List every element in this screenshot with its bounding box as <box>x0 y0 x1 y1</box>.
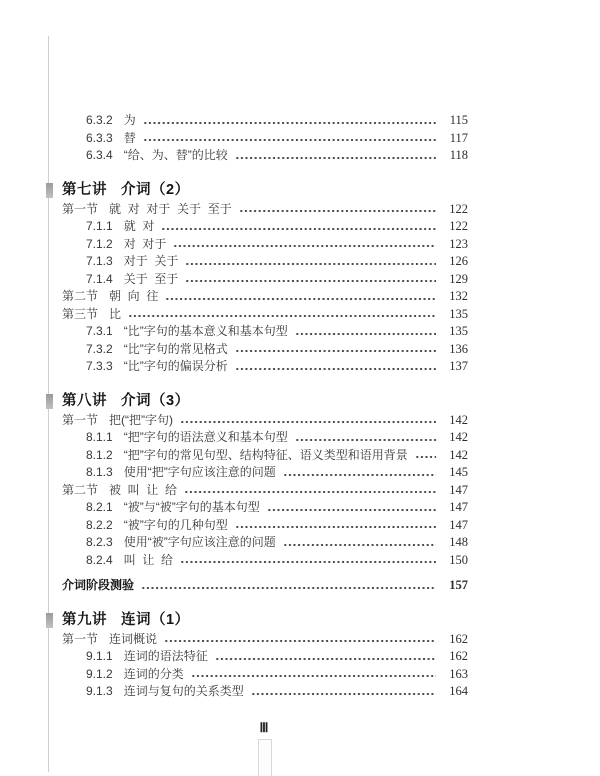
entry-title: 比 <box>109 306 121 324</box>
dot-leader <box>141 585 436 591</box>
toc-entry[interactable]: 第八讲 介词（3） <box>62 390 468 412</box>
entry-number: 7.1.4 <box>86 271 113 289</box>
dot-leader <box>239 208 436 214</box>
entry-number: 6.3.2 <box>86 112 113 130</box>
entry-number: 7.1.1 <box>86 218 113 236</box>
toc-entry[interactable]: 8.2.4 叫 让 给 150 <box>62 552 468 570</box>
toc-entry[interactable]: 7.1.4 关于 至于 129 <box>62 271 468 289</box>
entry-title: 连词概说 <box>109 631 157 649</box>
entry-number: 8.1.1 <box>86 429 113 447</box>
dot-leader <box>161 226 436 232</box>
entry-title: 介词阶段测验 <box>62 577 134 595</box>
entry-title: “比”字句的基本意义和基本句型 <box>124 323 288 341</box>
toc-entry[interactable]: 8.2.2 “被”字句的几种句型 147 <box>62 517 468 535</box>
dot-leader <box>215 656 436 662</box>
toc-entry[interactable]: 8.1.1 “把”字句的语法意义和基本句型 142 <box>62 429 468 447</box>
dot-leader <box>143 120 436 126</box>
entry-page-number: 122 <box>442 201 468 219</box>
toc-entry[interactable]: 7.3.2 “比”字句的常见格式 136 <box>62 341 468 359</box>
dot-leader <box>164 638 436 644</box>
entry-title: 介词（3） <box>121 390 190 412</box>
toc-entry[interactable]: 介词阶段测验 157 <box>62 577 468 595</box>
entry-title: 关于 至于 <box>124 271 179 289</box>
entry-page-number: 157 <box>442 577 468 595</box>
entry-number: 8.2.1 <box>86 499 113 517</box>
entry-page-number: 148 <box>442 534 468 552</box>
entry-page-number: 142 <box>442 447 468 465</box>
toc-entry[interactable]: 第二节 朝 向 往 132 <box>62 288 468 306</box>
dot-leader <box>295 331 436 337</box>
entry-number: 6.3.3 <box>86 130 113 148</box>
entry-number: 7.1.2 <box>86 236 113 254</box>
entry-title: 介词（2） <box>121 179 190 201</box>
entry-page-number: 142 <box>442 429 468 447</box>
entry-title: 对 对于 <box>124 236 167 254</box>
toc-entry[interactable]: 8.2.1 “被”与“被”字句的基本句型 147 <box>62 499 468 517</box>
entry-title: “被”字句的几种句型 <box>124 517 228 535</box>
toc-entry[interactable]: 7.1.3 对于 关于 126 <box>62 253 468 271</box>
toc-entry[interactable]: 9.1.2 连词的分类 163 <box>62 666 468 684</box>
entry-number: 第二节 <box>62 288 98 306</box>
dot-leader <box>128 313 436 319</box>
dot-leader <box>191 673 436 679</box>
entry-title: 使用“把”字句应该注意的问题 <box>124 464 276 482</box>
entry-page-number: 129 <box>442 271 468 289</box>
footer-bookmark-tab <box>258 739 272 776</box>
dot-leader <box>251 691 436 697</box>
toc-entry[interactable]: 第一节 把(“把”字句) 142 <box>62 412 468 430</box>
toc-entry[interactable]: 8.1.3 使用“把”字句应该注意的问题 145 <box>62 464 468 482</box>
entry-page-number: 123 <box>442 236 468 254</box>
dot-leader <box>180 559 436 565</box>
entry-page-number: 147 <box>442 499 468 517</box>
entry-number: 8.1.3 <box>86 464 113 482</box>
toc-entry[interactable]: 第一节 就 对 对于 关于 至于 122 <box>62 201 468 219</box>
entry-title: “给、为、替”的比较 <box>124 147 228 165</box>
chapter-marker-icon <box>46 613 53 628</box>
entry-number: 6.3.4 <box>86 147 113 165</box>
entry-page-number: 136 <box>442 341 468 359</box>
entry-title: 对于 关于 <box>124 253 179 271</box>
toc-entry[interactable]: 8.1.2 “把”字句的常见句型、结构特征、语义类型和语用背景 142 <box>62 447 468 465</box>
chapter-marker-icon <box>46 394 53 409</box>
entry-page-number: 135 <box>442 323 468 341</box>
dot-leader <box>235 348 436 354</box>
entry-number: 7.3.3 <box>86 358 113 376</box>
entry-title: 朝 向 往 <box>109 288 158 306</box>
entry-page-number: 122 <box>442 218 468 236</box>
entry-title: 把(“把”字句) <box>109 412 173 430</box>
toc-entry[interactable]: 6.3.2 为 115 <box>62 112 468 130</box>
entry-number: 7.3.1 <box>86 323 113 341</box>
entry-number: 7.3.2 <box>86 341 113 359</box>
toc-entry[interactable]: 7.1.2 对 对于 123 <box>62 236 468 254</box>
footer-page-number: Ⅲ <box>244 720 284 736</box>
entry-title: “把”字句的常见句型、结构特征、语义类型和语用背景 <box>124 447 408 465</box>
entry-page-number: 132 <box>442 288 468 306</box>
entry-title: 连词与复句的关系类型 <box>124 683 244 701</box>
entry-page-number: 164 <box>442 683 468 701</box>
dot-leader <box>235 155 436 161</box>
entry-number: 第二节 <box>62 482 98 500</box>
entry-page-number: 145 <box>442 464 468 482</box>
toc-entry[interactable]: 9.1.1 连词的语法特征 162 <box>62 648 468 666</box>
entry-number: 9.1.2 <box>86 666 113 684</box>
dot-leader <box>184 489 436 495</box>
entry-number: 9.1.1 <box>86 648 113 666</box>
entry-title: 连词的分类 <box>124 666 184 684</box>
entry-number: 第一节 <box>62 631 98 649</box>
toc-entry[interactable]: 6.3.4 “给、为、替”的比较 118 <box>62 147 468 165</box>
toc-entry[interactable]: 第三节 比 135 <box>62 306 468 324</box>
entry-title: 连词（1） <box>121 609 190 631</box>
entry-page-number: 147 <box>442 517 468 535</box>
toc-entry[interactable]: 第一节 连词概说 162 <box>62 631 468 649</box>
dot-leader <box>173 243 436 249</box>
entry-title: “被”与“被”字句的基本句型 <box>124 499 260 517</box>
dot-leader <box>267 507 436 513</box>
toc-entry[interactable]: 7.1.1 就 对 122 <box>62 218 468 236</box>
dot-leader <box>415 454 436 460</box>
entry-page-number: 142 <box>442 412 468 430</box>
dot-leader <box>180 419 436 425</box>
entry-page-number: 147 <box>442 482 468 500</box>
toc-entry[interactable]: 第七讲 介词（2） <box>62 179 468 201</box>
entry-title: 连词的语法特征 <box>124 648 208 666</box>
dot-leader <box>283 542 436 548</box>
toc-entry[interactable]: 第九讲 连词（1） <box>62 609 468 631</box>
toc-entry[interactable]: 第二节 被 叫 让 给 147 <box>62 482 468 500</box>
entry-number: 第八讲 <box>62 390 107 412</box>
dot-leader <box>295 437 436 443</box>
toc-entry[interactable]: 8.2.3 使用“被”字句应该注意的问题 148 <box>62 534 468 552</box>
toc-page: 6.3.2 为 115 6.3.3 替 117 6.3.4 “给、为、替”的比较… <box>0 0 600 776</box>
entry-number: 第一节 <box>62 412 98 430</box>
entry-number: 7.1.3 <box>86 253 113 271</box>
dot-leader <box>185 278 436 284</box>
toc-entry[interactable]: 9.1.3 连词与复句的关系类型 164 <box>62 683 468 701</box>
entry-title: 被 叫 让 给 <box>109 482 177 500</box>
entry-number: 8.2.4 <box>86 552 113 570</box>
entry-title: 使用“被”字句应该注意的问题 <box>124 534 276 552</box>
entry-page-number: 126 <box>442 253 468 271</box>
entry-title: 就 对 对于 关于 至于 <box>109 201 232 219</box>
entry-number: 第七讲 <box>62 179 107 201</box>
entry-title: 替 <box>124 130 136 148</box>
entry-title: “把”字句的语法意义和基本句型 <box>124 429 288 447</box>
dot-leader <box>143 137 436 143</box>
dot-leader <box>165 296 436 302</box>
toc-entry[interactable]: 7.3.3 “比”字句的偏误分析 137 <box>62 358 468 376</box>
entry-number: 9.1.3 <box>86 683 113 701</box>
entry-page-number: 135 <box>442 306 468 324</box>
entry-title: 为 <box>124 112 136 130</box>
entry-page-number: 137 <box>442 358 468 376</box>
entry-number: 8.1.2 <box>86 447 113 465</box>
entry-page-number: 163 <box>442 666 468 684</box>
dot-leader <box>235 366 436 372</box>
entry-number: 8.2.2 <box>86 517 113 535</box>
toc-content: 6.3.2 为 115 6.3.3 替 117 6.3.4 “给、为、替”的比较… <box>62 112 468 701</box>
entry-page-number: 115 <box>442 112 468 130</box>
toc-entry[interactable]: 6.3.3 替 117 <box>62 130 468 148</box>
entry-number: 第一节 <box>62 201 98 219</box>
chapter-marker-icon <box>46 183 53 198</box>
entry-page-number: 150 <box>442 552 468 570</box>
dot-leader <box>235 524 436 530</box>
entry-page-number: 162 <box>442 648 468 666</box>
entry-page-number: 118 <box>442 147 468 165</box>
entry-number: 8.2.3 <box>86 534 113 552</box>
entry-page-number: 162 <box>442 631 468 649</box>
toc-entry[interactable]: 7.3.1 “比”字句的基本意义和基本句型 135 <box>62 323 468 341</box>
entry-title: 就 对 <box>124 218 155 236</box>
entry-title: “比”字句的偏误分析 <box>124 358 228 376</box>
entry-number: 第九讲 <box>62 609 107 631</box>
entry-title: “比”字句的常见格式 <box>124 341 228 359</box>
entry-title: 叫 让 给 <box>124 552 173 570</box>
dot-leader <box>185 261 436 267</box>
entry-page-number: 117 <box>442 130 468 148</box>
dot-leader <box>283 472 436 478</box>
entry-number: 第三节 <box>62 306 98 324</box>
